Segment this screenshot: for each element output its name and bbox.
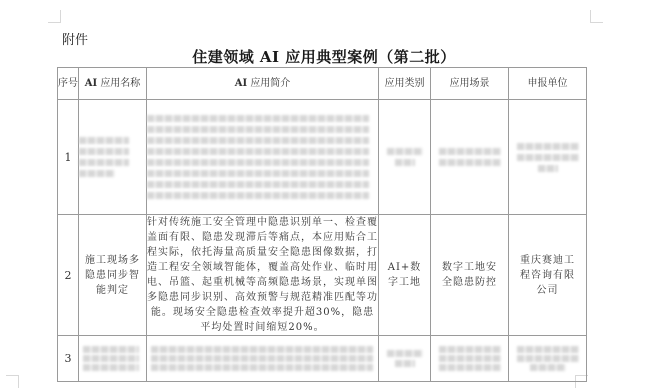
table-row: 1: [58, 100, 587, 215]
cases-table: 序号 AI 应用名称 AI 应用简介 应用类别 应用场景 申报单位 1 2: [57, 67, 587, 382]
row-category-blurred: [379, 100, 431, 215]
row-category: AI+数字工地: [379, 215, 431, 336]
row-intro: 针对传统施工安全管理中隐患识别单一、检查覆盖面有限、隐患发现滞后等痛点，本应用贴…: [147, 215, 379, 336]
table-row: 2 施工现场多隐患同步智能判定 针对传统施工安全管理中隐患识别单一、检查覆盖面有…: [58, 215, 587, 336]
row-intro-blurred: [147, 336, 379, 382]
row-intro-blurred: [147, 100, 379, 215]
row-scenario: 数字工地安全隐患防控: [431, 215, 509, 336]
row-scenario-blurred: [431, 336, 509, 382]
table-row: 3: [58, 336, 587, 382]
row-name-blurred: [79, 100, 147, 215]
header-intro: AI 应用简介: [147, 68, 379, 100]
row-unit-blurred: [509, 336, 587, 382]
row-name-blurred: [79, 336, 147, 382]
crop-mark-top-right: [590, 10, 603, 23]
header-scenario: 应用场景: [431, 68, 509, 100]
row-unit-blurred: [509, 100, 587, 215]
table-header-row: 序号 AI 应用名称 AI 应用简介 应用类别 应用场景 申报单位: [58, 68, 587, 100]
row-index: 3: [58, 336, 79, 382]
row-name: 施工现场多隐患同步智能判定: [79, 215, 147, 336]
header-name: AI 应用名称: [79, 68, 147, 100]
row-unit: 重庆赛迪工程咨询有限公司: [509, 215, 587, 336]
document-title: 住建领域 AI 应用典型案例（第二批）: [0, 46, 648, 67]
row-index: 2: [58, 215, 79, 336]
crop-mark-bottom-left: [6, 375, 19, 388]
row-category-blurred: [379, 336, 431, 382]
header-index: 序号: [58, 68, 79, 100]
header-unit: 申报单位: [509, 68, 587, 100]
crop-mark-top-left: [48, 10, 61, 23]
row-index: 1: [58, 100, 79, 215]
header-category: 应用类别: [379, 68, 431, 100]
row-scenario-blurred: [431, 100, 509, 215]
